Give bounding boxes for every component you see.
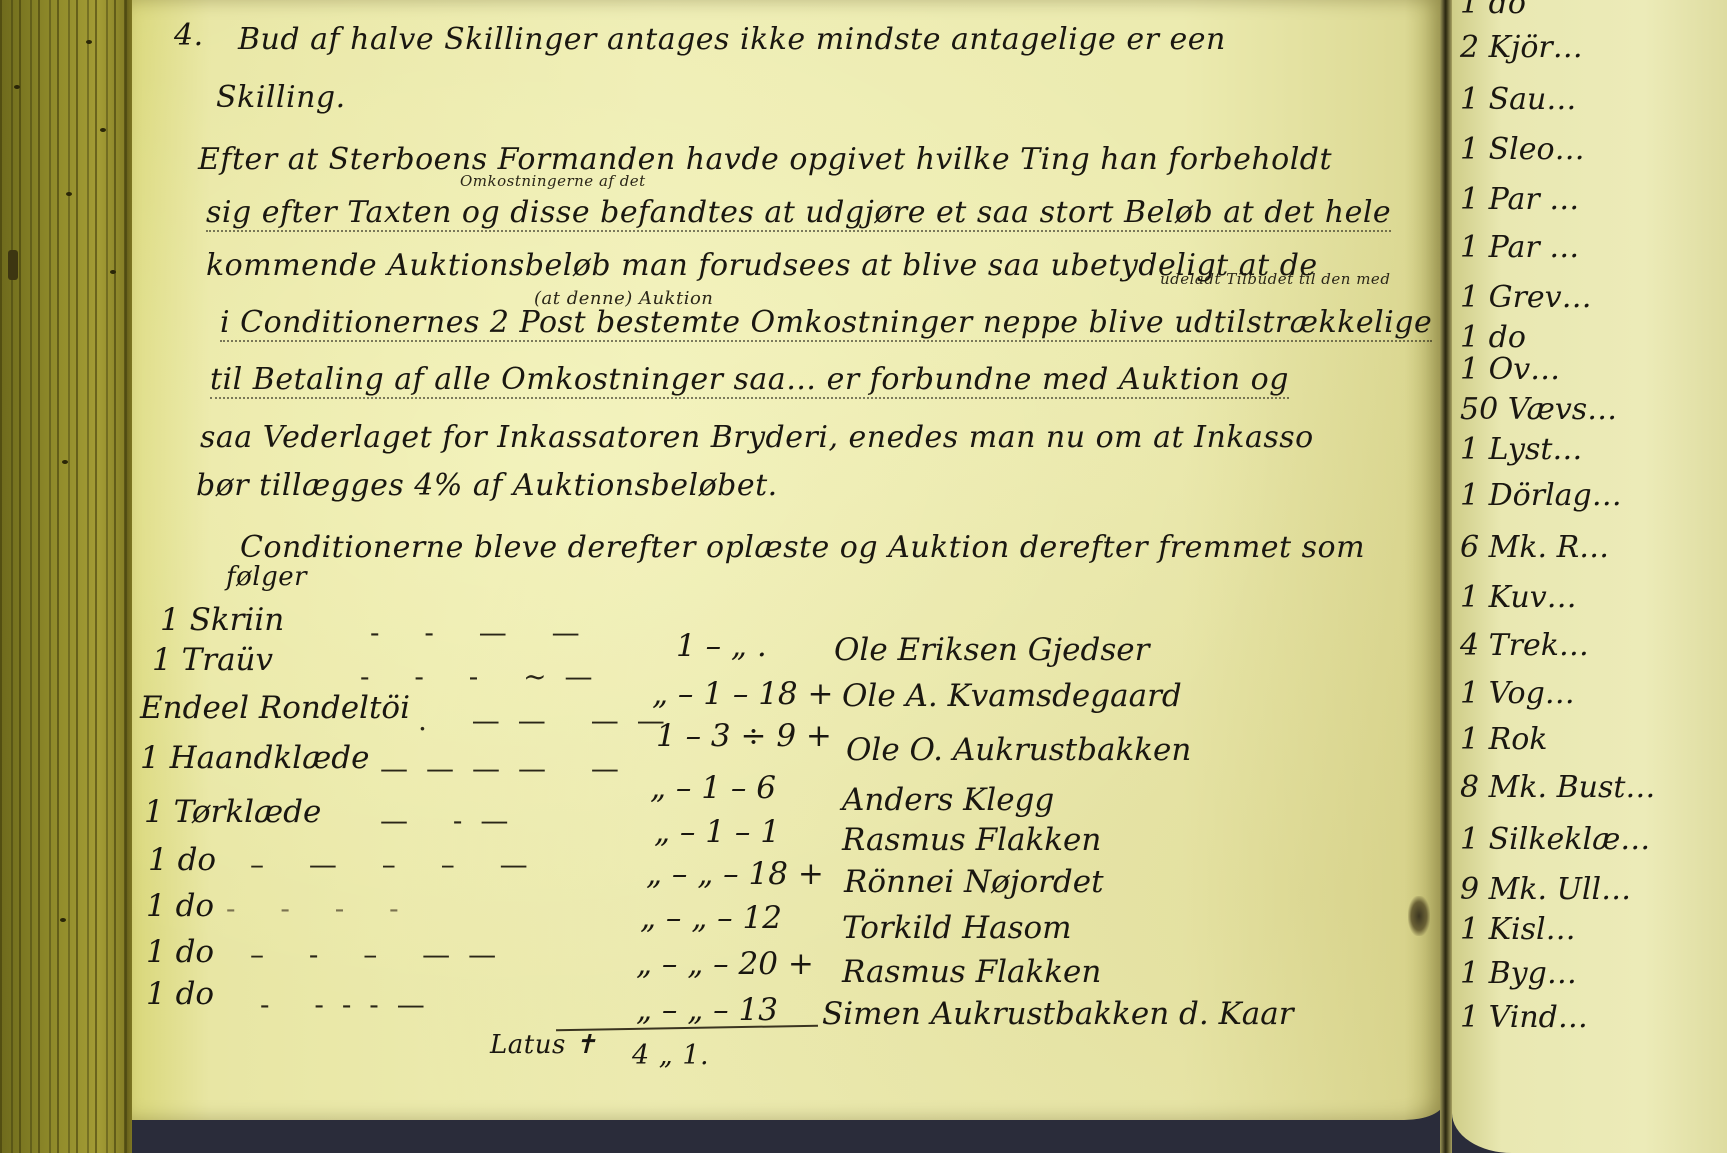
facing-line: 1 Par … xyxy=(1460,230,1579,265)
leader-dashes: - ---— xyxy=(260,988,443,1021)
facing-line: 1 Kuv… xyxy=(1460,580,1577,615)
leader-dashes: – — – – — xyxy=(250,848,546,881)
paragraph-line-7: bør tillægges 4% af Auktionsbeløbet. xyxy=(196,468,778,503)
entry-item: 1 Skriin xyxy=(160,602,284,638)
entry-item: Endeel Rondeltöi xyxy=(140,690,410,726)
leader-dashes: - - — — xyxy=(370,616,598,649)
carried-total-value: 4 „ 1. xyxy=(632,1040,709,1071)
facing-line: 1 Sau… xyxy=(1460,82,1576,117)
paragraph-line-1: Efter at Sterboens Formanden havde opgiv… xyxy=(198,142,1332,177)
carried-total-label: Latus ✝ xyxy=(490,1030,597,1060)
facing-line: 6 Mk. R… xyxy=(1460,530,1609,565)
paragraph-line-5: til Betaling af alle Omkostninger saa… e… xyxy=(210,362,1289,399)
facing-line: 1 do xyxy=(1460,320,1526,355)
entry-item: 1 Haandklæde xyxy=(140,740,369,776)
entry-buyer: Simen Aukrustbakken d. Kaar xyxy=(822,996,1294,1032)
paragraph-line-4: i Conditionernes 2 Post bestemte Omkostn… xyxy=(220,305,1432,342)
leader-dashes: ———— — xyxy=(380,752,637,785)
facing-line: 2 Kjör… xyxy=(1460,30,1583,65)
entry-buyer: Ole A. Kvamsdegaard xyxy=(842,678,1182,714)
entry-buyer: Ole Eriksen Gjedser xyxy=(834,632,1149,668)
leader-dashes: - - - - xyxy=(226,892,417,925)
stack-speck xyxy=(14,85,20,89)
entry-item: 1 do xyxy=(146,976,214,1012)
facing-line: 4 Trek… xyxy=(1460,628,1589,663)
leader-dashes: - - - ~— xyxy=(360,660,611,693)
facing-line: 1 Kisl… xyxy=(1460,912,1576,947)
entry-price: 1 – „ . xyxy=(676,628,767,664)
facing-line: 1 Par … xyxy=(1460,182,1579,217)
leader-dashes: – - – —— xyxy=(250,938,514,971)
facing-line: 1 Dörlag… xyxy=(1460,478,1622,513)
clause-4-line-2: Skilling. xyxy=(216,80,346,115)
facing-line: 1 Byg… xyxy=(1460,956,1577,991)
facing-line: 1 Silkeklæ… xyxy=(1460,822,1650,857)
stack-speck xyxy=(60,918,66,922)
clause-number: 4. xyxy=(174,18,204,53)
stack-speck xyxy=(86,40,92,44)
facing-line: 50 Vævs… xyxy=(1460,392,1617,427)
stack-speck xyxy=(66,192,72,196)
ink-blot xyxy=(1408,896,1430,936)
entry-price: „ – „ – 18 + xyxy=(646,856,824,892)
conditions-line-1: Conditionerne bleve derefter oplæste og … xyxy=(240,530,1365,565)
entry-price: „ – „ – 20 + xyxy=(636,946,814,982)
stack-speck xyxy=(110,270,116,274)
entry-price: „ – 1 – 1 xyxy=(654,814,780,850)
book-gutter xyxy=(1440,0,1452,1153)
open-ledger-book: 4. Bud af halve Skillinger antages ikke … xyxy=(0,0,1727,1153)
facing-line: 1 Lyst… xyxy=(1460,432,1582,467)
stack-speck xyxy=(62,460,68,464)
entry-buyer: Rasmus Flakken xyxy=(842,822,1101,858)
conditions-line-2: følger xyxy=(226,562,307,592)
entry-price: „ – „ – 12 xyxy=(640,900,782,936)
entry-buyer: Ole O. Aukrustbakken xyxy=(846,732,1191,768)
entry-buyer: Anders Klegg xyxy=(842,782,1054,818)
facing-line: 1 do xyxy=(1460,0,1526,21)
facing-line: 1 Vind… xyxy=(1460,1000,1588,1035)
facing-line: 1 Rok xyxy=(1460,722,1547,757)
entry-price: „ – „ – 13 xyxy=(636,992,778,1028)
leader-dashes: . —— —— xyxy=(418,704,683,737)
entry-price: 1 – 3 ÷ 9 + xyxy=(656,718,832,754)
entry-price: „ – 1 – 6 xyxy=(650,770,776,806)
leader-dashes: — -— xyxy=(380,804,526,837)
paragraph-line-6: saa Vederlaget for Inkassatoren Bryderi,… xyxy=(200,420,1314,455)
stack-stain xyxy=(8,250,18,280)
facing-line: 1 Sleo… xyxy=(1460,132,1585,167)
entry-item: 1 Traüv xyxy=(152,642,273,678)
entry-item: 1 do xyxy=(146,888,214,924)
facing-line: 1 Grev… xyxy=(1460,280,1592,315)
facing-line: 1 Ov… xyxy=(1460,352,1560,387)
facing-line: 9 Mk. Ull… xyxy=(1460,872,1631,907)
paragraph-line-2: sig efter Taxten og disse befandtes at u… xyxy=(206,195,1391,232)
entry-item: 1 Tørklæde xyxy=(144,794,321,830)
entry-item: 1 do xyxy=(148,842,216,878)
entry-buyer: Rasmus Flakken xyxy=(842,954,1101,990)
page-stack-edges xyxy=(0,0,132,1153)
clause-4-line-1: Bud af halve Skillinger antages ikke min… xyxy=(238,22,1226,57)
facing-line: 8 Mk. Bust… xyxy=(1460,770,1655,805)
paragraph-line-3: kommende Auktionsbeløb man forudsees at … xyxy=(206,248,1318,283)
facing-line: 1 Vog… xyxy=(1460,676,1575,711)
entry-item: 1 do xyxy=(146,934,214,970)
stack-speck xyxy=(100,128,106,132)
entry-buyer: Rönnei Nøjordet xyxy=(844,864,1104,900)
entry-buyer: Torkild Hasom xyxy=(842,910,1072,946)
